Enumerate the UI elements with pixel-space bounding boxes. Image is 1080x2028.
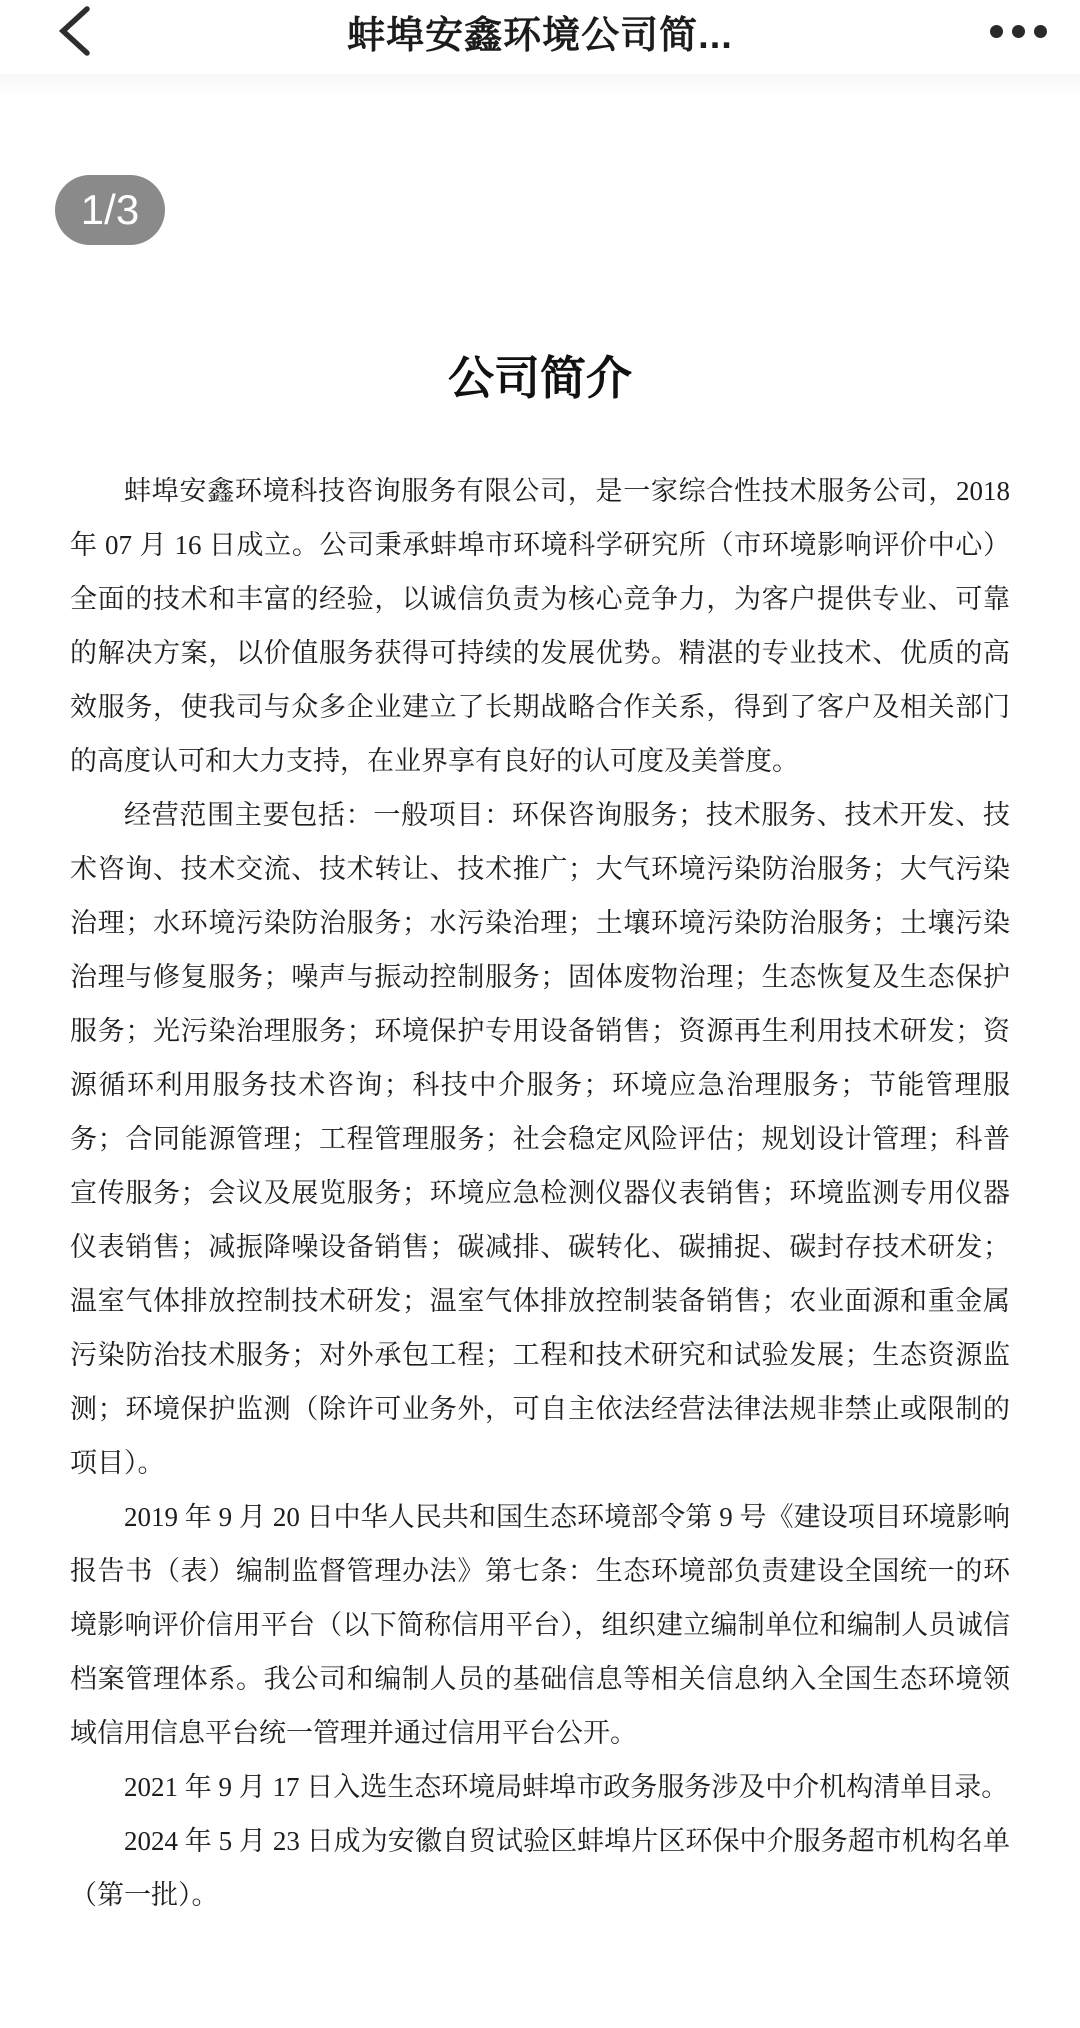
header-shadow [0,74,1080,98]
top-bar: 蚌埠安鑫环境公司简... [0,0,1080,62]
more-menu-button[interactable] [978,0,1058,62]
paragraph: 2019 年 9 月 20 日中华人民共和国生态环境部令第 9 号《建设项目环境… [70,1490,1010,1760]
page-title: 蚌埠安鑫环境公司简... [347,4,733,59]
page-indicator-badge: 1/3 [55,175,165,245]
paragraph: 蚌埠安鑫环境科技咨询服务有限公司，是一家综合性技术服务公司，2018 年 07 … [70,464,1010,788]
paragraph: 2021 年 9 月 17 日入选生态环境局蚌埠市政务服务涉及中介机构清单目录。 [70,1760,1010,1814]
paragraph: 2024 年 5 月 23 日成为安徽自贸试验区蚌埠片区环保中介服务超市机构名单… [70,1814,1010,1922]
chevron-left-icon [58,5,92,57]
paragraph: 经营范围主要包括：一般项目：环保咨询服务；技术服务、技术开发、技术咨询、技术交流… [70,788,1010,1490]
document-page: 公司简介 蚌埠安鑫环境科技咨询服务有限公司，是一家综合性技术服务公司，2018 … [0,352,1080,1922]
back-button[interactable] [40,0,110,62]
document-title: 公司简介 [70,352,1010,406]
more-dots-icon [990,25,1047,38]
